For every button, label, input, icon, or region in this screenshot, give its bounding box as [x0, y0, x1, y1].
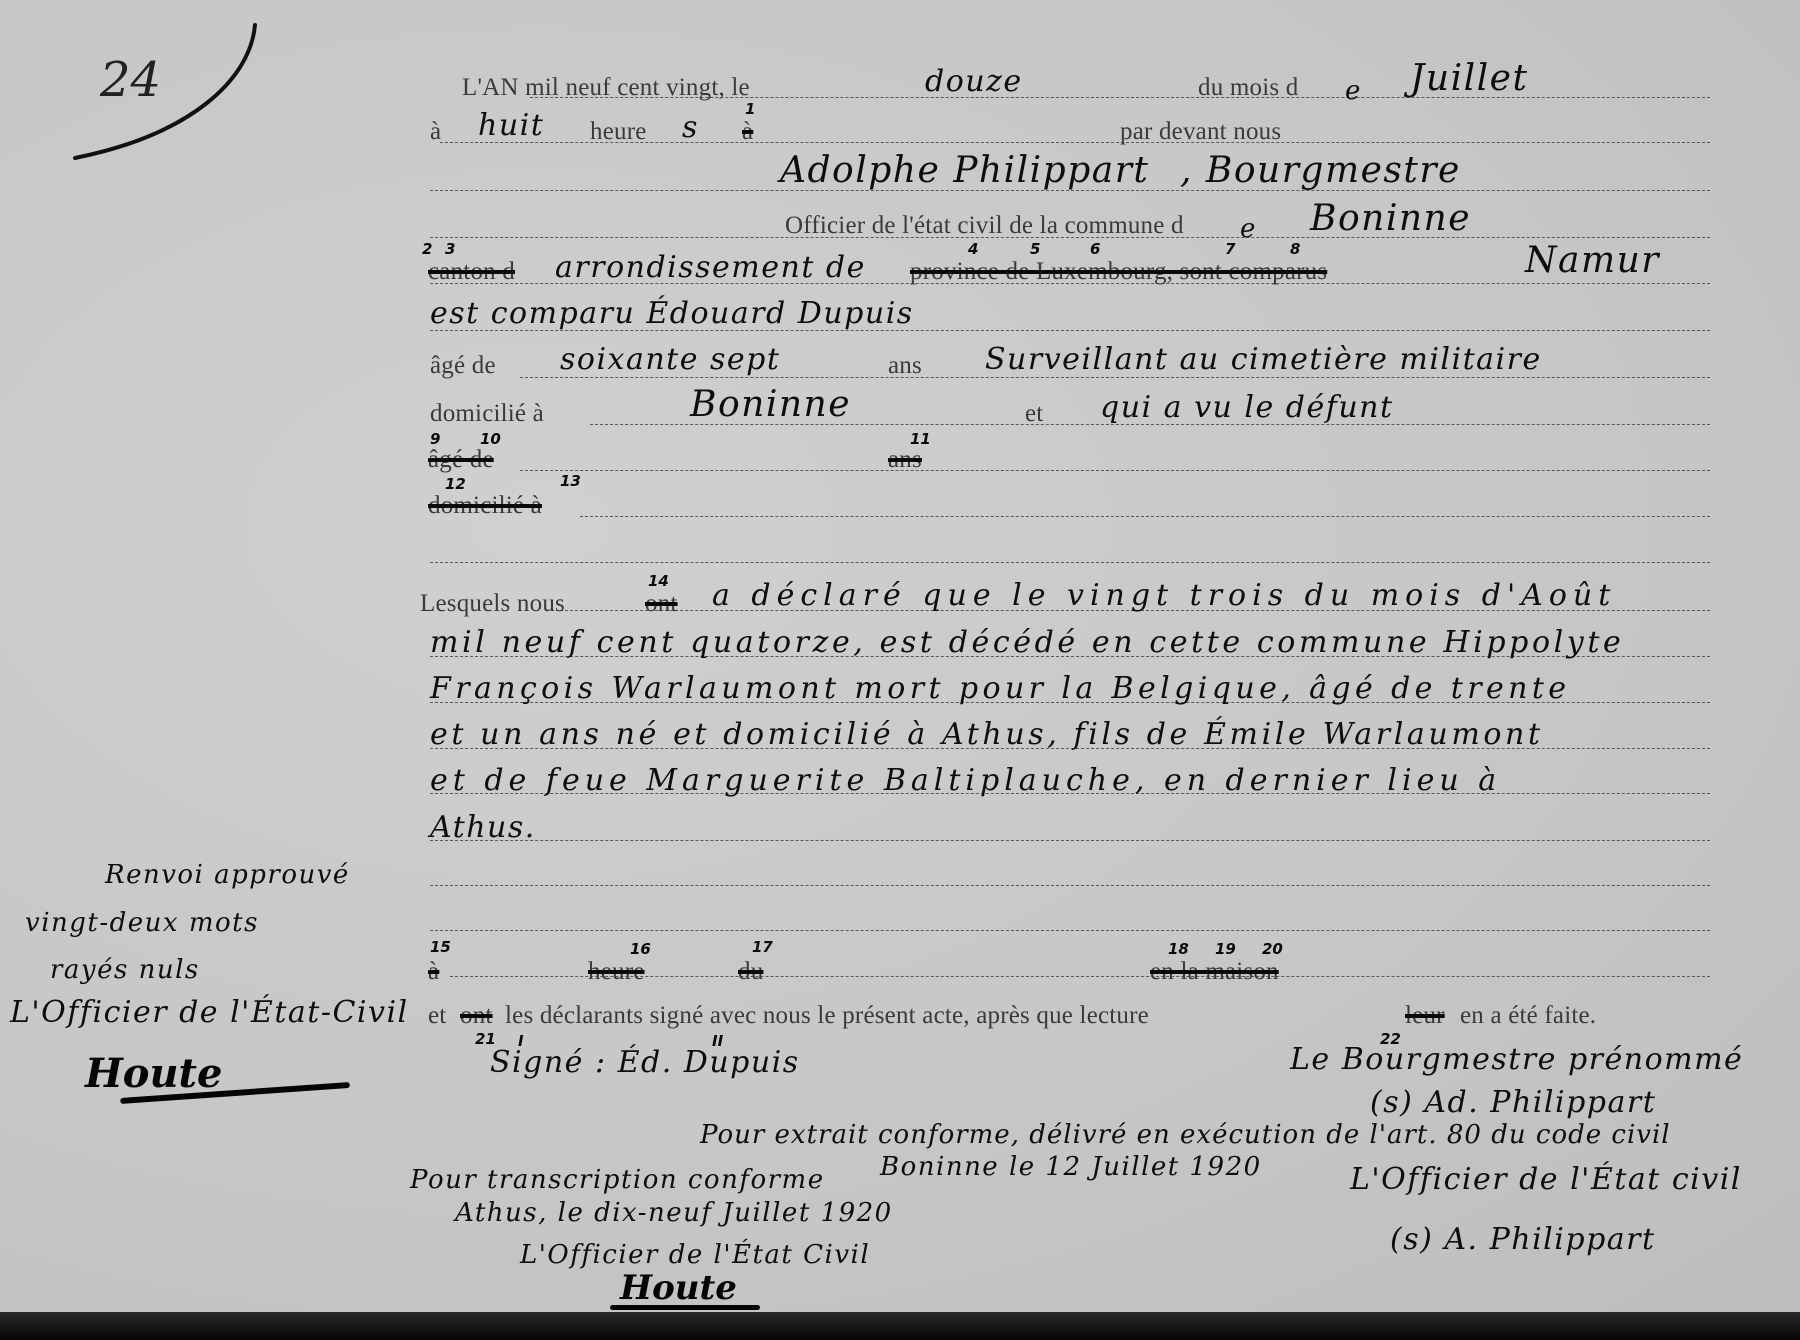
annotation-number: 6 [1090, 240, 1100, 258]
annotation-number: 14 [648, 572, 669, 590]
annotation-number: 15 [430, 938, 451, 956]
signature-flourish [610, 1305, 760, 1310]
extract-place-date: Boninne le 12 Juillet 1920 [880, 1152, 1262, 1182]
rule-line [430, 885, 1710, 886]
declaration-line-1: a déclaré que le vingt trois du mois d'A… [712, 578, 1616, 613]
printed-a-label: à [430, 118, 441, 146]
handwritten-arrondissement: arrondissement de [555, 250, 866, 285]
printed-par-devant-nous: par devant nous [1120, 118, 1281, 146]
printed-lesquels-nous: Lesquels nous [420, 590, 565, 618]
struck-du: du [738, 958, 763, 986]
annotation-number: 4 [968, 240, 978, 258]
struck-ont: ont [460, 1002, 493, 1030]
struck-en-la-maison: en la maison [1150, 958, 1279, 986]
declaration-line-3: François Warlaumont mort pour la Belgiqu… [430, 671, 1570, 706]
annotation-number: 19 [1215, 940, 1236, 958]
margin-renvoi-line-3: rayés nuls [50, 955, 200, 985]
handwritten-officer-name: Adolphe Philippart [780, 150, 1149, 191]
declaration-line-4: et un ans né et domicilié à Athus, fils … [430, 717, 1544, 752]
margin-renvoi-line-4: L'Officier de l'État-Civil [10, 995, 409, 1030]
mayor-line-1: Le Bourgmestre prénommé [1290, 1042, 1743, 1077]
annotation-number: 18 [1168, 940, 1189, 958]
transcription-line-1: Pour transcription conforme [410, 1165, 825, 1195]
rule-line [430, 930, 1710, 931]
rule-line [430, 840, 1710, 841]
annotation-number: 10 [480, 430, 501, 448]
declaration-line-5: et de feue Marguerite Baltiplauche, en d… [430, 763, 1501, 798]
rule-line [580, 516, 1710, 517]
printed-et-label: et [1025, 400, 1043, 428]
struck-province: province de Luxembourg, sont comparus [910, 258, 1327, 286]
rule-line [520, 470, 1710, 471]
transcription-signature: Houte [620, 1268, 737, 1308]
handwritten-day: douze [925, 64, 1023, 99]
printed-et: et [428, 1002, 446, 1030]
handwritten-hour-suffix: s [682, 110, 699, 145]
printed-age-label: âgé de [430, 352, 496, 380]
annotation-number: 11 [910, 430, 931, 448]
printed-faite: en a été faite. [1460, 1002, 1596, 1030]
struck-text: à [742, 118, 753, 146]
handwritten-hour: huit [478, 108, 544, 143]
extract-line: Pour extrait conforme, délivré en exécut… [700, 1120, 1671, 1150]
handwritten-age: soixante sept [560, 342, 780, 377]
margin-renvoi-line-2: vingt-deux mots [25, 908, 259, 938]
annotation-number: 8 [1290, 240, 1300, 258]
handwritten-province: Namur [1525, 240, 1660, 281]
struck-leur: leur [1405, 1002, 1445, 1030]
printed-closing-text: les déclarants signé avec nous le présen… [505, 1002, 1149, 1030]
printed-month-label: du mois d [1198, 74, 1298, 102]
printed-domicile-label: domicilié à [430, 400, 544, 428]
annotation-number: 9 [430, 430, 440, 448]
annotation-number: 5 [1030, 240, 1040, 258]
handwritten-domicile: Boninne [690, 384, 851, 425]
officer-line-1: L'Officier de l'État civil [1350, 1162, 1742, 1197]
annotation-number: 3 [445, 240, 455, 258]
handwritten-occupation: Surveillant au cimetière militaire [985, 342, 1542, 377]
transcription-line-3: L'Officier de l'État Civil [520, 1240, 870, 1270]
annotation-number: 12 [445, 475, 466, 493]
annotation-number: 7 [1225, 240, 1235, 258]
annotation-number: 13 [560, 472, 581, 490]
struck-ans-label: ans [888, 446, 922, 474]
rule-line [520, 377, 1710, 378]
page-bottom-edge [0, 1312, 1800, 1340]
annotation-number: 17 [752, 938, 773, 956]
handwritten-month-prefix: e [1345, 76, 1362, 106]
handwritten-commune: Boninne [1310, 198, 1471, 239]
rule-line [430, 562, 1710, 563]
handwritten-commune-prefix: e [1240, 214, 1257, 244]
annotation-number: 1 [745, 100, 755, 118]
annotation-number: 16 [630, 940, 651, 958]
struck-heure: heure [588, 958, 645, 986]
struck-ont: ont [645, 590, 678, 618]
annotation-number: 20 [1262, 940, 1283, 958]
margin-signature: Houte [85, 1050, 222, 1097]
struck-a: à [428, 958, 439, 986]
annotation-number: 2 [422, 240, 432, 258]
struck-canton: canton d [428, 258, 515, 286]
struck-age-label: âgé de [428, 446, 494, 474]
handwritten-month: Juillet [1410, 58, 1528, 99]
declaration-line-6: Athus. [430, 810, 536, 845]
printed-officier-label: Officier de l'état civil de la commune d [785, 212, 1184, 240]
declaration-line-2: mil neuf cent quatorze, est décédé en ce… [430, 625, 1624, 660]
printed-ans-label: ans [888, 352, 922, 380]
transcription-line-2: Athus, le dix-neuf Juillet 1920 [455, 1198, 893, 1228]
mayor-line-2: (s) Ad. Philippart [1370, 1085, 1656, 1120]
officer-line-2: (s) A. Philippart [1390, 1222, 1656, 1257]
handwritten-officer-title: , Bourgmestre [1180, 150, 1461, 191]
declarant-signature-copy: Signé : Éd. Dupuis [490, 1045, 800, 1080]
folio-number: 24 [100, 52, 161, 108]
margin-renvoi-line-1: Renvoi approuvé [105, 860, 350, 890]
handwritten-relation: qui a vu le défunt [1100, 390, 1394, 425]
handwritten-comparant: est comparu Édouard Dupuis [430, 296, 914, 331]
printed-heure-label: heure [590, 118, 647, 146]
struck-domicile-label: domicilié à [428, 492, 542, 520]
printed-year-text: L'AN mil neuf cent vingt, le [462, 74, 750, 102]
